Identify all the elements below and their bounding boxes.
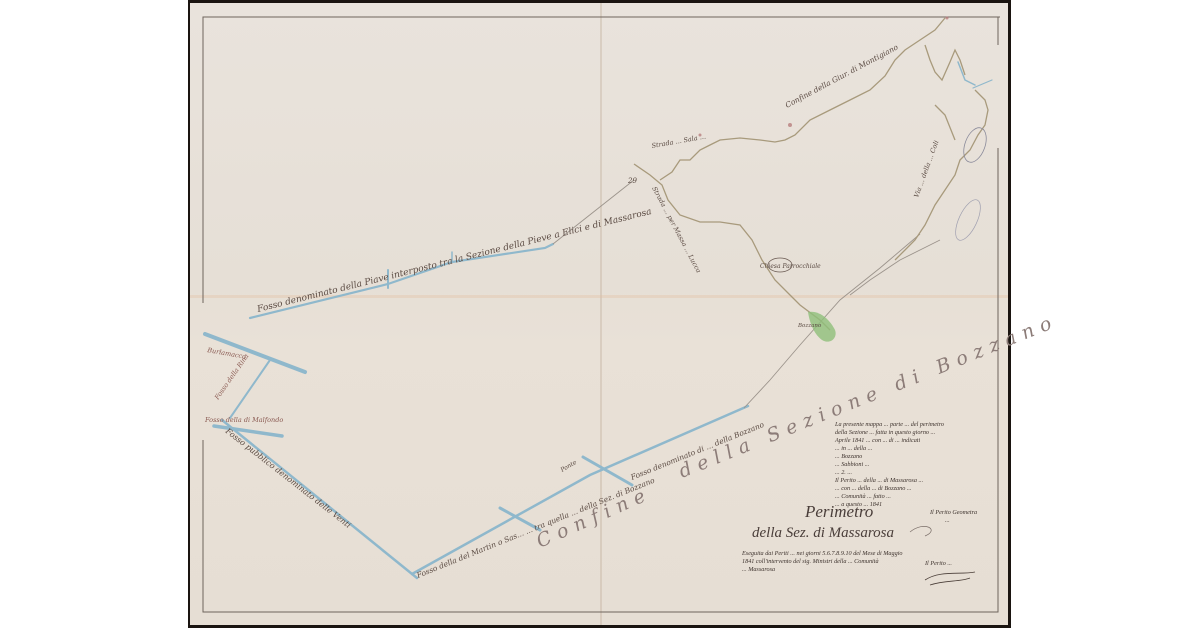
label-confine-giurisdizione: Confine della Giur. di Montigiano bbox=[784, 42, 900, 110]
title-subtitle-3: ... Massarosa bbox=[742, 566, 775, 573]
label-chiesa: Chiesa Parrocchiale bbox=[760, 263, 821, 270]
svg-text:La presente mappa ... parte ..: La presente mappa ... parte ... del peri… bbox=[834, 421, 944, 428]
title-subtitle-1: Eseguita dai Periti ... nei giorni 5.6.7… bbox=[741, 550, 903, 557]
svg-text:Il Perito Geometra: Il Perito Geometra bbox=[929, 509, 977, 516]
svg-text:... Comunità ... fatto ...: ... Comunità ... fatto ... bbox=[835, 493, 891, 500]
map-drawing: Fosso denominato della Piave interposto … bbox=[0, 0, 1200, 628]
title-subtitle-2: 1841 coll'intervento del sig. Ministri d… bbox=[742, 558, 879, 565]
road-main bbox=[634, 164, 830, 330]
roads bbox=[634, 18, 988, 330]
title-line1: Perimetro bbox=[804, 502, 873, 521]
label-bozzano: Bozzano bbox=[797, 323, 822, 329]
label-road: Strada ... per Massa ... Lucca bbox=[650, 185, 703, 274]
svg-text:... Bozzano: ... Bozzano bbox=[835, 453, 862, 460]
oval-marker-right bbox=[959, 125, 990, 166]
label-strada-upper: Strada ... Sala ... bbox=[651, 133, 707, 150]
label-number: 29 bbox=[627, 177, 637, 185]
svg-text:...: ... bbox=[945, 517, 950, 524]
label-right-via: Via ... della ... Coli bbox=[912, 139, 940, 198]
title-line2: della Sez. di Massarosa bbox=[752, 525, 894, 541]
oval-marker-right-2 bbox=[951, 196, 986, 243]
label-ponte: Ponte bbox=[559, 459, 579, 474]
svg-text:... Sabbioni ...: ... Sabbioni ... bbox=[835, 461, 869, 468]
label-fosso-pubblico: Fosso pubblico denominato delle Venti bbox=[223, 426, 353, 530]
canal-malfondo bbox=[214, 426, 282, 436]
svg-text:Il Perito ... della ... di Mas: Il Perito ... della ... di Massarosa ... bbox=[834, 477, 923, 484]
svg-text:Aprile 1841 ... con ... di ...: Aprile 1841 ... con ... di ... indicati bbox=[834, 437, 921, 444]
canal-bottom bbox=[412, 406, 748, 574]
svg-text:... con ... della ... di Bozza: ... con ... della ... di Bozzano ... bbox=[835, 485, 911, 492]
canal-north bbox=[250, 244, 553, 318]
label-sezione-bozzano: della Sezione di Bozzano bbox=[676, 310, 1062, 483]
svg-text:... in ... della ...: ... in ... della ... bbox=[835, 445, 872, 452]
signature: Il Perito ... bbox=[924, 560, 952, 567]
svg-text:... 2. ...: ... 2. ... bbox=[835, 469, 852, 476]
boundary-lines bbox=[553, 180, 940, 408]
label-fosso-malfondo: Fosso della di Malfondo bbox=[204, 416, 283, 424]
svg-text:della Sezione ... fatta in que: della Sezione ... fatta in questo giorno… bbox=[835, 429, 935, 436]
canal-north-east bbox=[958, 62, 975, 85]
label-fosso-bottom: Fosso della del Martin o Sas... ... tra … bbox=[414, 475, 656, 580]
settlement-marks bbox=[699, 17, 949, 137]
label-fosso-north: Fosso denominato della Piave interposto … bbox=[255, 207, 652, 315]
